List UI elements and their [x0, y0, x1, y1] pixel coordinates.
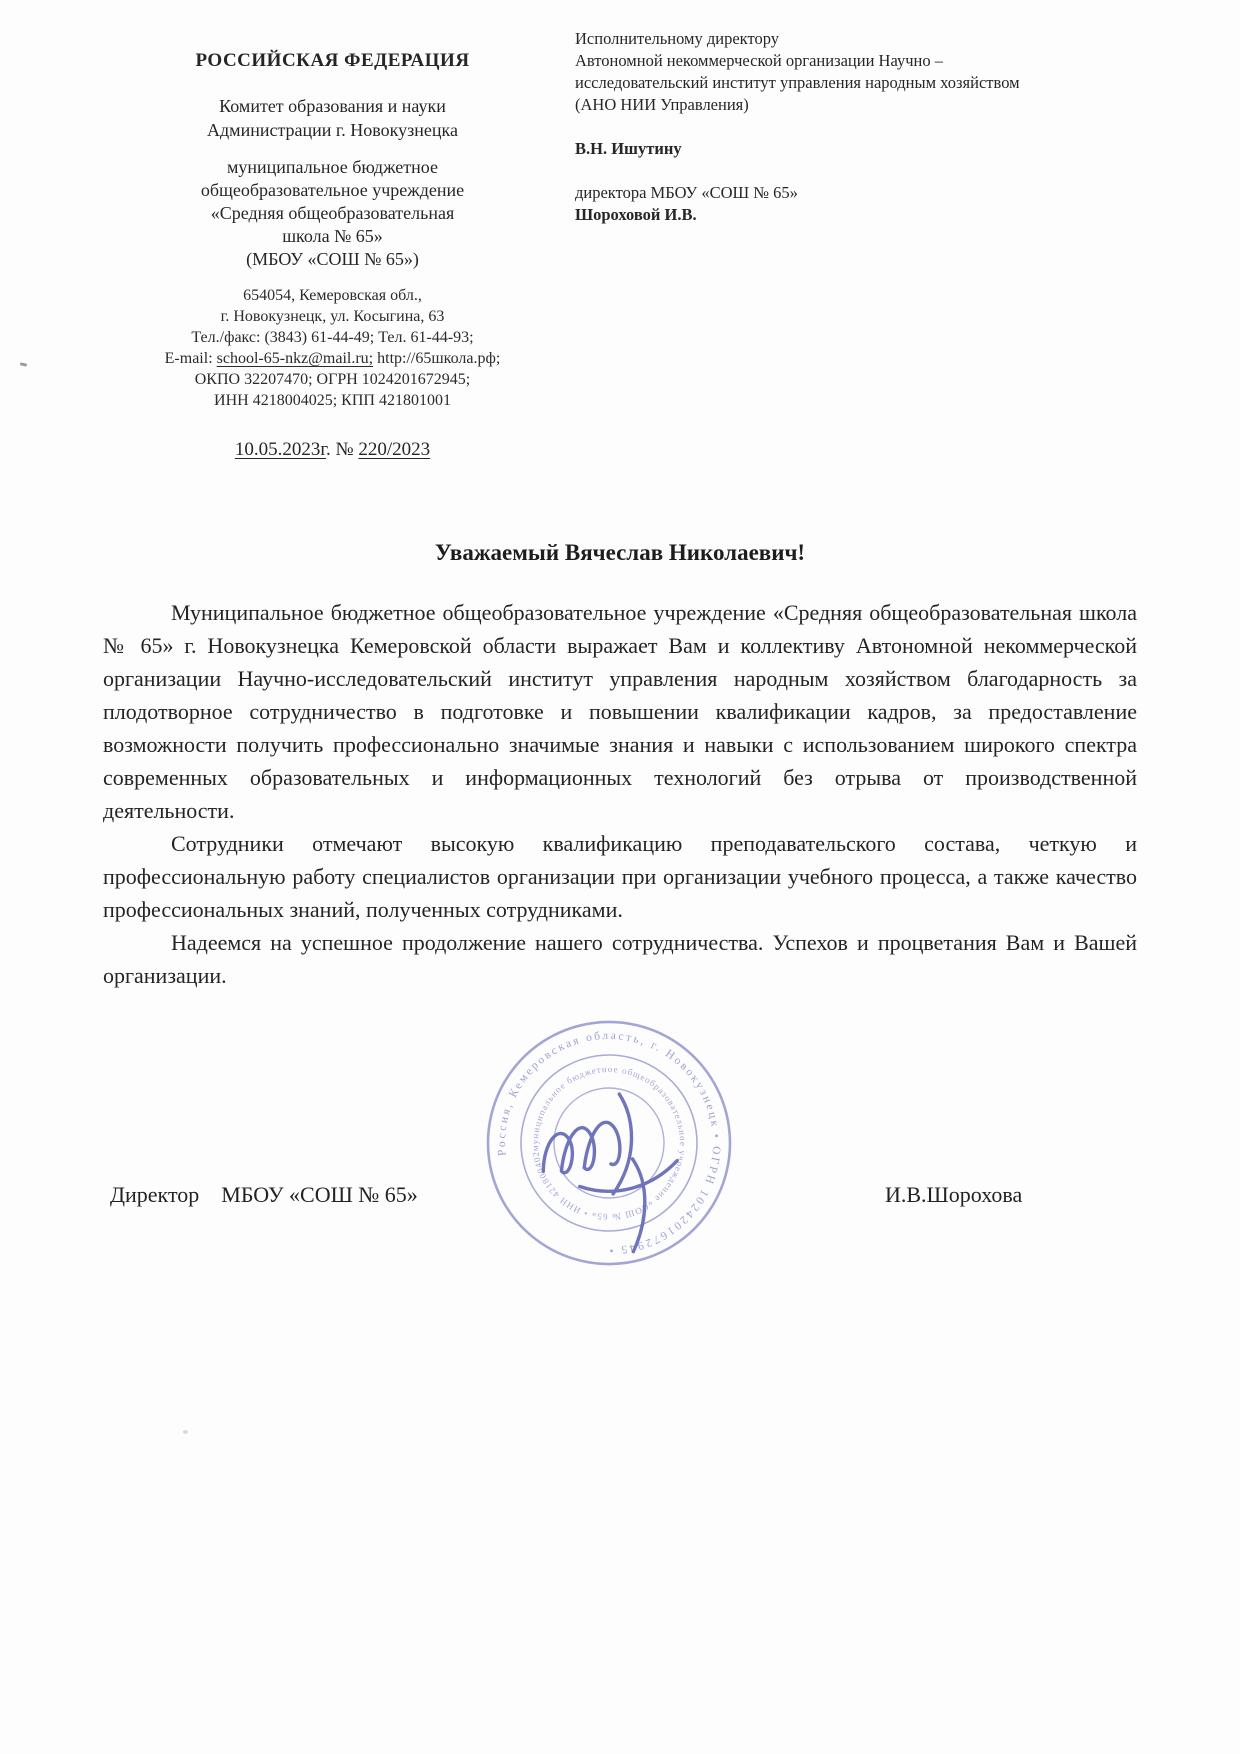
- addressee-line: Исполнительному директору: [575, 28, 1055, 50]
- addressee-line: (АНО НИИ Управления): [575, 94, 1055, 116]
- committee-block: Комитет образования и науки Администраци…: [105, 94, 560, 142]
- email-address: school-65-nkz@mail.ru;: [217, 350, 373, 367]
- letter-number: 220/2023: [358, 439, 430, 460]
- org-line: «Средняя общеобразовательная: [105, 202, 560, 225]
- letter-body: Муниципальное бюджетное общеобразователь…: [103, 596, 1137, 992]
- letterhead-right: Исполнительному директору Автономной нек…: [575, 28, 1055, 226]
- stamp-ring-inner-text: муниципальное бюджетное общеобразователь…: [461, 995, 698, 1240]
- stamp-ring-outer-text: Россия, Кемеровская область, г. Новокузн…: [481, 1015, 736, 1270]
- address-line: г. Новокузнецк, ул. Косыгина, 63: [105, 306, 560, 327]
- scan-speck: [20, 362, 27, 366]
- okpo-ogrn-line: ОКПО 32207470; ОГРН 1024201672945;: [105, 369, 560, 390]
- org-short-name: (МБОУ «СОШ № 65»): [105, 248, 560, 271]
- sender-block: директора МБОУ «СОШ № 65» Шороховой И.В.: [575, 182, 1055, 226]
- letter-page: РОССИЙСКАЯ ФЕДЕРАЦИЯ Комитет образования…: [0, 0, 1240, 1754]
- committee-line: Администрации г. Новокузнецка: [105, 118, 560, 142]
- body-paragraph-2: Сотрудники отмечают высокую квалификацию…: [103, 827, 1137, 926]
- stamp-outer-circle: [472, 1006, 745, 1279]
- sender-name: Шороховой И.В.: [575, 204, 1055, 226]
- address-line: 654054, Кемеровская обл.,: [105, 285, 560, 306]
- body-paragraph-1: Муниципальное бюджетное общеобразователь…: [103, 596, 1137, 827]
- date-number-line: 10.05.2023г. № 220/2023: [105, 439, 560, 461]
- body-paragraph-3: Надеемся на успешное продолжение нашего …: [103, 926, 1137, 992]
- letter-date: 10.05.2023г: [235, 439, 326, 460]
- letterhead-left: РОССИЙСКАЯ ФЕДЕРАЦИЯ Комитет образования…: [105, 50, 560, 461]
- inn-kpp-line: ИНН 4218004025; КПП 421801001: [105, 390, 560, 411]
- org-line: школа № 65»: [105, 225, 560, 248]
- org-line: муниципальное бюджетное: [105, 156, 560, 179]
- addressee-line: исследовательский институт управления на…: [575, 72, 1055, 94]
- email-line: E-mail: school-65-nkz@mail.ru; http://65…: [105, 348, 560, 369]
- contact-block: 654054, Кемеровская обл., г. Новокузнецк…: [105, 285, 560, 411]
- website-url: http://65школа.рф;: [373, 350, 500, 367]
- phone-line: Тел./факс: (3843) 61-44-49; Тел. 61-44-9…: [105, 327, 560, 348]
- salutation: Уважаемый Вячеслав Николаевич!: [103, 540, 1137, 566]
- official-stamp: Россия, Кемеровская область, г. Новокузн…: [461, 995, 757, 1291]
- email-label: E-mail:: [165, 350, 217, 367]
- addressee-line: Автономной некоммерческой организации На…: [575, 50, 1055, 72]
- org-line: общеобразовательное учреждение: [105, 179, 560, 202]
- addressee-name: В.Н. Ишутину: [575, 138, 1055, 160]
- signer-name: И.В.Шорохова: [885, 1182, 1022, 1208]
- stamp-inner-circle: [547, 1081, 671, 1205]
- signer-title: Директор МБОУ «СОШ № 65»: [110, 1182, 418, 1208]
- scan-speck: [183, 1430, 188, 1434]
- committee-line: Комитет образования и науки: [105, 94, 560, 118]
- sender-title: директора МБОУ «СОШ № 65»: [575, 182, 1055, 204]
- number-label: №: [335, 439, 358, 460]
- country-title: РОССИЙСКАЯ ФЕДЕРАЦИЯ: [105, 50, 560, 72]
- organization-name-block: муниципальное бюджетное общеобразователь…: [105, 156, 560, 271]
